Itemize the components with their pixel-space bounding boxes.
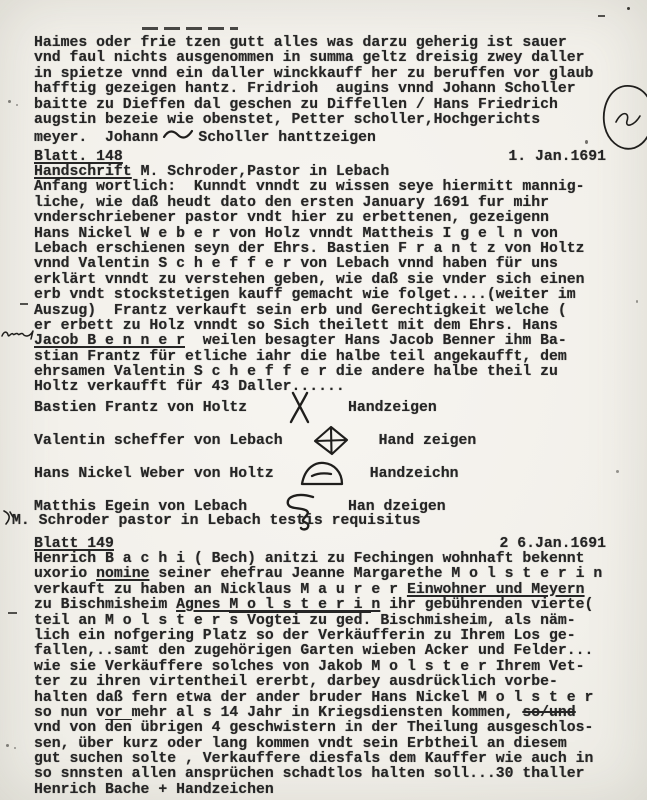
text-line: vnd faul nichts ausgenommen in summa gel… [34, 51, 639, 66]
text-line: vnd von den übrigen 4 geschwistern in de… [34, 721, 639, 736]
text-segment-underlined: Handschrift [34, 164, 132, 180]
text-segment: teil an M o l s t e r [34, 613, 229, 629]
text-line: liche, wie daß heudt dato den ersten Jan… [34, 196, 639, 211]
scan-speckle [8, 100, 11, 103]
scan-speckle [616, 470, 619, 473]
record-date: 1. Jan.1691 [508, 149, 606, 165]
text-line-with-signature: meyer. JohannScholler hanttzeigen [34, 128, 639, 143]
signatory-name: Bastien Frantz von Holtz [34, 400, 252, 416]
signatory-name: Hans Nickel Weber von Holtz [34, 466, 274, 482]
scan-speckle [16, 104, 18, 106]
text-segment: M. Schroder,Pastor in Lebach [132, 164, 390, 180]
text-line: sen, über kurz oder lang kommen vndt sei… [34, 737, 639, 752]
text-segment: meyer. Johann [34, 130, 158, 146]
text-line: Hans Nickel W e b e r von Holz vnndt Mat… [34, 227, 639, 242]
text-line: erklärt vnndt zu verstehen geben, wie da… [34, 273, 639, 288]
text-segment: vnd von [34, 720, 105, 736]
text-line: wie sie Verkäuffere solches von Jakob M … [34, 660, 639, 675]
text-line: erb vndt stockstetigen kauff gemacht wie… [34, 288, 639, 303]
text-line: Jacob B e n n e r weilen besagter Hans J… [34, 334, 639, 349]
text-segment-overlined: s Vogtei zu ged. [229, 612, 371, 629]
text-line: ter zu ihren virtentheil ererbt, darbey … [34, 675, 639, 690]
text-line: baitte zu Dieffen dal geschen zu Diffell… [34, 98, 639, 113]
text-line: augstin bezeie wie obenstet, Petter scho… [34, 113, 639, 128]
text-segment: übrigen 4 geschwistern in der Theilung a… [132, 720, 594, 736]
text-line: uxorio nomine seiner ehefrau Jeanne Marg… [34, 567, 639, 582]
text-segment: seiner ehefrau Jeanne Margarethe M o l s… [149, 566, 602, 582]
signature-row: Bastien Frantz von Holtz Handzeigen [34, 391, 476, 424]
signature-list: Bastien Frantz von Holtz Handzeigen Vale… [34, 391, 476, 523]
text-line: teil an M o l s t e r s Vogtei zu ged. B… [34, 614, 639, 629]
scanned-document-page: Haimes oder frie tzen gutt alles was dar… [0, 0, 647, 800]
x-cross-mark-icon [252, 391, 348, 424]
text-segment: uxorio [34, 566, 96, 582]
scan-speckle [14, 747, 16, 749]
text-segment: weilen besagter Hans Jacob Benner ihm Ba… [185, 333, 567, 349]
text-line: so snnsten allen ansprüchen schadtlos ha… [34, 767, 639, 782]
blatt-149-header: Blatt 149 2 6.Jan.1691 [34, 536, 606, 552]
handzeichen-label: Hand zeigen [379, 433, 477, 449]
scan-artifact-dash [142, 27, 238, 30]
text-line: Henrich Bache + Handzeichen [34, 783, 639, 798]
text-segment-overlined: den [105, 719, 132, 736]
handzeichen-label: Handzeichn [370, 466, 459, 482]
text-segment-underlined: Agnes M o l s t e r i n [176, 597, 380, 613]
blatt-number: Blatt. 148 [34, 149, 123, 165]
text-segment: Scholler hanttzeigen [198, 130, 376, 146]
paragraph-blatt-149: Henrich B a c h i ( Bech) anitzi zu Fech… [34, 552, 639, 798]
text-segment-underlined: Jacob B e n n e r [34, 333, 185, 349]
scan-artifact-dash [20, 303, 28, 305]
text-line: Anfang wortlich: Kunndt vnndt zu wissen … [34, 180, 639, 195]
testis-line: M. Schroder pastor in Lebach testis requ… [12, 513, 420, 529]
paragraph-top: Haimes oder frie tzen gutt alles was dar… [34, 36, 639, 144]
text-line: vnderschriebener pastor vndt hier zu erb… [34, 211, 639, 226]
text-line: Auszug) Frantz verkauft sein erb und Ger… [34, 304, 639, 319]
scan-speckle [598, 15, 605, 17]
text-line: verkauft zu haben an Nicklaus M a u r e … [34, 583, 639, 598]
handzeichen-label: Handzeigen [348, 400, 437, 416]
scan-artifact-dash [8, 612, 17, 614]
blatt-number: Blatt 149 [34, 536, 114, 552]
margin-scribble-annotation [0, 325, 36, 346]
blatt-148-header: Blatt. 148 1. Jan.1691 [34, 149, 606, 165]
text-segment: zu Bischmisheim [34, 597, 176, 613]
signatory-name: Valentin scheffer von Lebach [34, 433, 283, 449]
text-line: in spietze vnnd ein daller winckkauff he… [34, 67, 639, 82]
text-line: fallen,..samt den zugehörigen Garten wie… [34, 644, 639, 659]
diamond-cross-mark-icon [283, 425, 379, 456]
text-line: stian Frantz für etliche iahr die halbe … [34, 350, 639, 365]
paragraph-blatt-148: Handschrift M. Schroder,Pastor in Lebach… [34, 165, 639, 396]
text-line: halten daß fern etwa der ander bruder Ha… [34, 691, 639, 706]
text-segment-struck: so/und [522, 705, 575, 721]
text-segment-underlined: nomine [96, 566, 149, 582]
text-segment: ihr gebührenden vierte( [380, 597, 593, 613]
scan-speckle [6, 744, 9, 747]
text-line: vnnd Valentin S c h e f f e r von Lebach… [34, 257, 639, 272]
record-date: 2 6.Jan.1691 [499, 536, 606, 552]
text-segment: Bischmisheim, als näm- [371, 613, 575, 629]
text-line: hafftig gezeigen hantz. Fridrioh augins … [34, 82, 639, 97]
text-segment: verkauft zu haben an Nicklaus M a u r e … [34, 582, 407, 598]
text-line: er erbett zu Holz vnndt so Sich theilett… [34, 319, 639, 334]
text-segment-underlined: Einwohner und Meyern [407, 582, 585, 598]
signature-row: Valentin scheffer von Lebach Hand zeigen [34, 424, 476, 457]
tilde-squiggle-icon [162, 130, 194, 146]
scan-speckle [627, 7, 630, 10]
